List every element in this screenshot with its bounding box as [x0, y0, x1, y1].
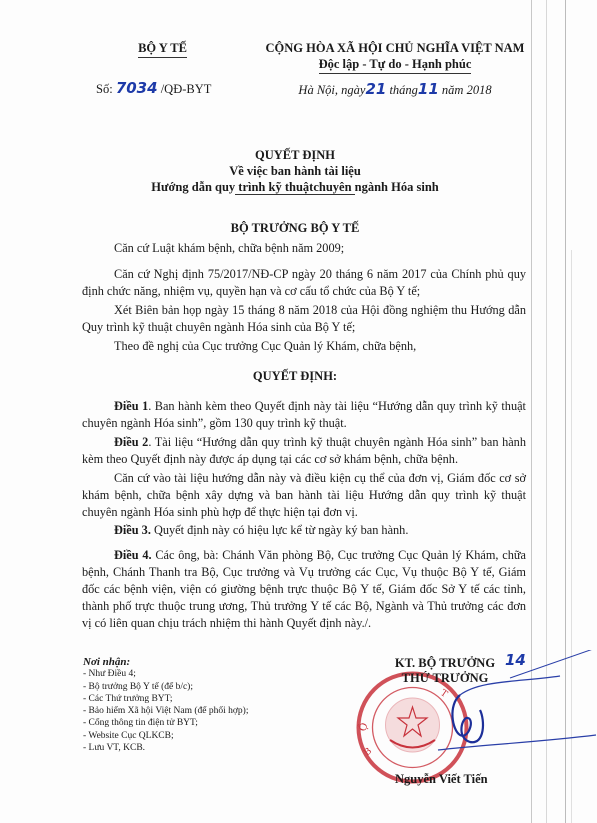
article-2-clause: Căn cứ vào tài liệu hướng dẫn này và điề…	[82, 470, 526, 521]
handwritten-day: 21	[365, 80, 386, 98]
article-3: Điều 3. Quyết định này có hiệu lực kể từ…	[82, 522, 526, 539]
subject-line-2: Hướng dẫn quy trình kỹ thuậtchuyên ngành…	[60, 179, 530, 195]
recipient-item: - Lưu VT, KCB.	[83, 742, 333, 754]
issuing-authority: BỘ TRƯỞNG BỘ Y TẾ	[60, 221, 530, 236]
preamble-3: Xét Biên bản họp ngày 15 tháng 8 năm 201…	[82, 302, 526, 336]
recipient-item: - Bộ trưởng Bộ Y tế (để b/c);	[83, 681, 333, 693]
decision-heading: QUYẾT ĐỊNH:	[60, 369, 530, 384]
document-title: QUYẾT ĐỊNH Về việc ban hành tài liệu Hướ…	[60, 147, 530, 195]
recipient-item: - Các Thứ trưởng BYT;	[83, 693, 333, 705]
handwritten-number: 7034	[116, 79, 158, 97]
recipient-item: - Như Điều 4;	[83, 668, 333, 680]
preamble-1: Căn cứ Luật khám bệnh, chữa bệnh năm 200…	[82, 240, 526, 257]
recipient-item: - Website Cục QLKCB;	[83, 730, 333, 742]
article-1: Điều 1. Ban hành kèm theo Quyết định này…	[82, 398, 526, 432]
recipients-heading: Nơi nhận:	[83, 656, 333, 668]
preamble-4: Theo đề nghị của Cục trưởng Cục Quản lý …	[82, 338, 526, 355]
signer-name: Nguyễn Viết Tiến	[395, 772, 545, 787]
recipient-item: - Bảo hiểm Xã hội Việt Nam (để phối hợp)…	[83, 705, 333, 717]
recipient-item: - Cổng thông tin điện tử BYT;	[83, 717, 333, 729]
recipients-list: Nơi nhận: - Như Điều 4; - Bộ trưởng Bộ Y…	[83, 656, 333, 754]
issuing-agency: BỘ Y TẾ	[110, 41, 215, 58]
article-2: Điều 2. Tài liệu “Hướng dẫn quy trình kỹ…	[82, 434, 526, 468]
handwritten-month: 11	[418, 80, 439, 98]
preamble-2: Căn cứ Nghị định 75/2017/NĐ-CP ngày 20 t…	[82, 266, 526, 300]
national-motto: Độc lập - Tự do - Hạnh phúc	[250, 57, 540, 74]
dateline: Hà Nội, ngày21 tháng11 năm 2018	[250, 80, 540, 98]
national-title: CỘNG HÒA XÃ HỘI CHỦ NGHĨA VIỆT NAM	[250, 41, 540, 56]
doc-type: QUYẾT ĐỊNH	[60, 147, 530, 163]
signature-icon	[360, 650, 597, 770]
article-4: Điều 4. Các ông, bà: Chánh Văn phòng Bộ,…	[82, 547, 526, 632]
document-number: Số: 7034 /QĐ-BYT	[96, 79, 211, 97]
subject-line-1: Về việc ban hành tài liệu	[60, 163, 530, 179]
